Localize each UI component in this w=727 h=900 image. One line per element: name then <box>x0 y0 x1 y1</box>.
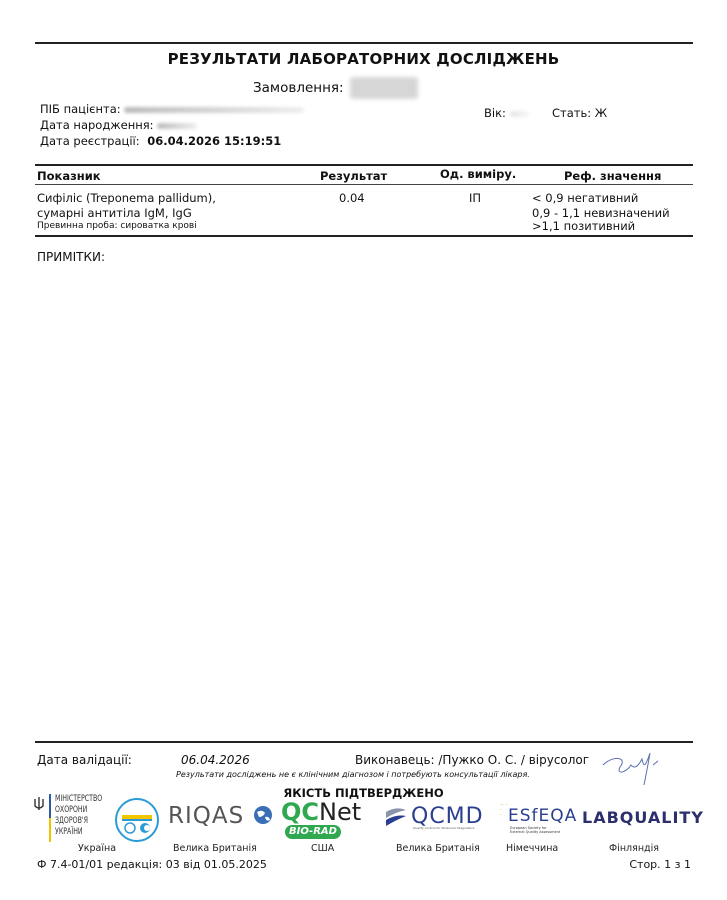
validation-date: 06.04.2026 <box>181 753 250 767</box>
patient-name-redacted <box>124 107 304 113</box>
ref-range-3: >1,1 позитивний <box>532 219 635 233</box>
col-header-ref: Реф. значення <box>564 169 661 183</box>
notes-label: ПРИМІТКИ: <box>37 250 105 264</box>
biorad-badge: BIO-RAD <box>285 825 341 839</box>
sex-row: Стать: Ж <box>552 106 607 120</box>
moh-line-3: ЗДОРОВ'Я <box>55 816 102 827</box>
order-label: Замовлення: <box>253 80 344 96</box>
logo-moh-ukraine: МІНІСТЕРСТВО ОХОРОНИ ЗДОРОВ'Я УКРАЇНИ <box>33 794 118 844</box>
ref-range-2: 0,9 - 1,1 невизначений <box>532 206 670 220</box>
country-ukraine: Україна <box>78 843 116 854</box>
table-bottom-rule <box>35 235 693 237</box>
qcmd-subtitle: Quality Control for Molecular Diagnostic… <box>413 826 474 830</box>
patient-birth-row: Дата народження: <box>40 118 197 132</box>
page-title: РЕЗУЛЬТАТИ ЛАБОРАТОРНИХ ДОСЛІДЖЕНЬ <box>0 50 727 68</box>
sample-type: Превинна проба: сироватка крові <box>37 221 197 231</box>
trident-icon <box>33 796 45 812</box>
test-name-line1: Сифіліс (Treponema pallidum), <box>37 191 216 205</box>
logo-labquality: LABQUALITY <box>582 808 704 827</box>
test-name-line2: сумарні антитіла IgM, IgG <box>37 206 192 220</box>
order-number-redacted <box>350 77 418 99</box>
performer: Виконавець: /Пужко О. С. / вірусолог <box>355 753 589 767</box>
footer-rule <box>35 741 693 743</box>
globe-icon <box>253 805 273 825</box>
country-usa: США <box>311 843 334 854</box>
form-code: Ф 7.4-01/01 редакція: 03 від 01.05.2025 <box>37 858 267 871</box>
country-uk-qcmd: Велика Британія <box>396 843 480 854</box>
table-top-rule <box>35 164 693 166</box>
col-header-unit: Од. виміру. <box>440 167 516 181</box>
moh-line-1: МІНІСТЕРСТВО <box>55 794 102 805</box>
country-finland: Фінляндія <box>609 843 659 854</box>
birth-label: Дата народження: <box>40 118 154 132</box>
registration-row: Дата реєстрації: 06.04.2026 15:19:51 <box>40 134 281 148</box>
country-germany: Німеччина <box>506 843 558 854</box>
result-value: 0.04 <box>339 191 365 205</box>
moh-line-4: УКРАЇНИ <box>55 827 102 838</box>
page-number: Стор. 1 з 1 <box>629 858 691 871</box>
qcnet-net: Net <box>319 798 361 826</box>
logo-qcnet-biorad: QCNet BIO-RAD <box>281 800 375 839</box>
sex-value: Ж <box>595 106 607 120</box>
logo-riqas: RIQAS <box>168 803 273 829</box>
registration-label: Дата реєстрації: <box>40 134 140 148</box>
logo-ukrmetrteststandard <box>114 797 160 843</box>
signature <box>598 745 668 787</box>
top-rule <box>35 42 693 44</box>
col-header-result: Результат <box>320 169 387 183</box>
esfeqa-text: ESfEQA <box>508 806 577 826</box>
sex-label: Стать: <box>552 106 591 120</box>
order-field: Замовлення: <box>253 77 418 99</box>
ref-range-1: < 0,9 негативний <box>532 191 638 205</box>
table-header-rule <box>35 184 693 185</box>
patient-name-label: ПІБ пацієнта: <box>40 102 121 116</box>
qcnet-qc: QC <box>281 798 319 826</box>
age-row: Вік: <box>484 106 530 120</box>
esfeqa-sub2: External Quality Assessment <box>510 830 560 834</box>
patient-name-row: ПІБ пацієнта: <box>40 102 304 116</box>
esfeqa-stars: ·· ··· <box>500 803 508 818</box>
validation-label: Дата валідації: <box>37 753 132 767</box>
birth-date-redacted <box>157 123 197 129</box>
country-uk-riqas: Велика Британія <box>173 843 257 854</box>
riqas-text: RIQAS <box>168 803 244 829</box>
disclaimer: Результати досліджень не є клінічним діа… <box>176 770 530 779</box>
age-redacted <box>510 111 530 117</box>
registration-value: 06.04.2026 15:19:51 <box>147 134 281 148</box>
unit-value: ІП <box>469 191 481 205</box>
qcmd-swoosh-icon <box>383 804 409 830</box>
col-header-test: Показник <box>37 169 101 183</box>
moh-line-2: ОХОРОНИ <box>55 805 102 816</box>
age-label: Вік: <box>484 106 506 120</box>
